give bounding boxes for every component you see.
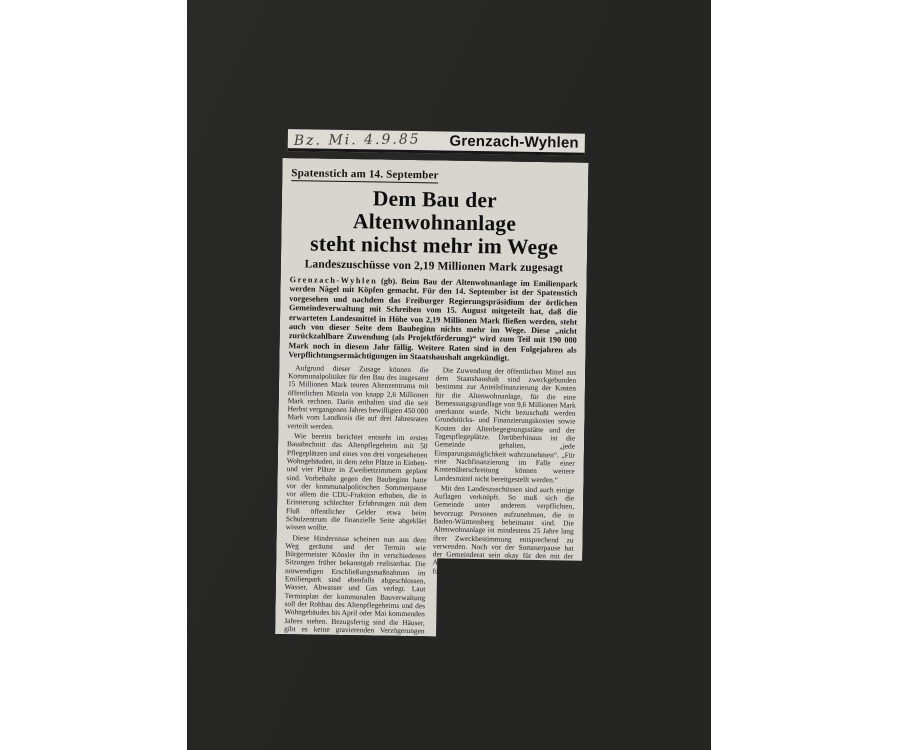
article-paragraph: Diese Hindernisse scheinen nun aus dem W… <box>284 534 426 639</box>
handwritten-date: Bz. Mi. 4.9.85 <box>294 131 421 148</box>
scanned-page: Bz. Mi. 4.9.85 Grenzach-Wyhlen Spatensti… <box>0 0 900 750</box>
lead-text: (gb). Beim Bau der Altenwohnanlage im Em… <box>288 277 577 363</box>
headline-line-1: Dem Bau der Altenwohnanlage <box>289 186 580 237</box>
subhead: Landeszuschüsse von 2,19 Millionen Mark … <box>289 258 579 275</box>
kicker: Spatenstich am 14. September <box>291 167 439 183</box>
article-paragraph: Wie bereits berichtet entsteht im ersten… <box>286 432 428 534</box>
left-column: Aufgrund dieser Zusage können die Kommun… <box>284 364 429 639</box>
headline: Dem Bau der Altenwohnanlage steht nichst… <box>289 186 580 260</box>
masthead-title: Grenzach-Wyhlen <box>449 133 579 152</box>
article-paragraph: Die Zuwendung der öffentlichen Mittel au… <box>434 366 576 484</box>
article-paragraph: Aufgrund dieser Zusage können die Kommun… <box>287 364 429 433</box>
lead-paragraph: Grenzach-Wyhlen (gb). Beim Bau der Alten… <box>288 275 577 364</box>
headline-line-2: steht nichst mehr im Wege <box>289 232 579 260</box>
masthead-strip: Bz. Mi. 4.9.85 Grenzach-Wyhlen <box>288 129 585 156</box>
